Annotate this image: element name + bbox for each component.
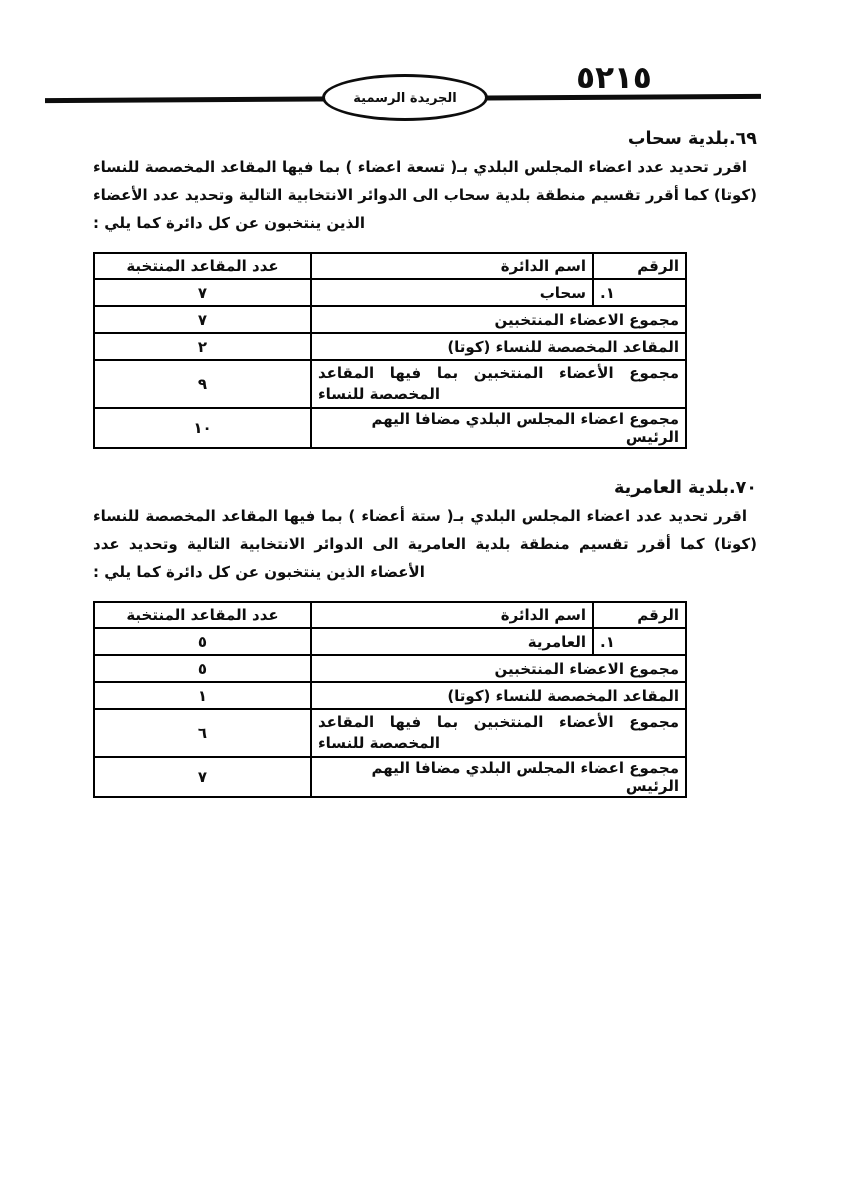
section-paragraph: اقرر تحديد عدد اعضاء المجلس البلدي بـ( ت… bbox=[93, 153, 757, 237]
gazette-banner-label: الجريدة الرسمية bbox=[353, 89, 457, 106]
table-row: مجموع الأعضاء المنتخبين بما فيها المقاعد… bbox=[94, 709, 686, 757]
summary-label-cell: مجموع الاعضاء المنتخبين bbox=[311, 655, 686, 682]
table-row: المقاعد المخصصة للنساء (كوتا) ٢ bbox=[94, 333, 686, 360]
summary-value-cell: ٩ bbox=[94, 360, 311, 408]
table-row: مجموع الاعضاء المنتخبين ٥ bbox=[94, 655, 686, 682]
summary-label-cell: مجموع اعضاء المجلس البلدي مضافا اليهم ال… bbox=[311, 757, 686, 797]
summary-label-cell: مجموع الأعضاء المنتخبين بما فيها المقاعد… bbox=[311, 709, 686, 757]
summary-label-cell: المقاعد المخصصة للنساء (كوتا) bbox=[311, 333, 686, 360]
page-number: ٥٢١٥ bbox=[558, 60, 670, 96]
district-number-cell: ١. bbox=[593, 628, 686, 655]
summary-value-cell: ٧ bbox=[94, 757, 311, 797]
summary-label-cell: مجموع الأعضاء المنتخبين بما فيها المقاعد… bbox=[311, 360, 686, 408]
table-row: المقاعد المخصصة للنساء (كوتا) ١ bbox=[94, 682, 686, 709]
summary-value-cell: ٢ bbox=[94, 333, 311, 360]
col-header-number: الرقم bbox=[593, 602, 686, 628]
summary-value-cell: ٧ bbox=[94, 306, 311, 333]
district-seats-cell: ٥ bbox=[94, 628, 311, 655]
district-name-cell: العامرية bbox=[311, 628, 593, 655]
table-row: مجموع الأعضاء المنتخبين بما فيها المقاعد… bbox=[94, 360, 686, 408]
col-header-district: اسم الدائرة bbox=[311, 253, 593, 279]
gazette-banner-ellipse: الجريدة الرسمية bbox=[322, 74, 488, 121]
section-heading: ٧٠.بلدية العامرية bbox=[93, 476, 757, 501]
district-number-cell: ١. bbox=[593, 279, 686, 306]
section-amriya: ٧٠.بلدية العامرية اقرر تحديد عدد اعضاء ا… bbox=[93, 476, 757, 798]
col-header-seats: عدد المقاعد المنتخبة bbox=[94, 602, 311, 628]
table-header-row: الرقم اسم الدائرة عدد المقاعد المنتخبة bbox=[94, 253, 686, 279]
section-heading: ٦٩.بلدية سحاب bbox=[93, 127, 757, 152]
col-header-district: اسم الدائرة bbox=[311, 602, 593, 628]
gazette-page: ٥٢١٥ الجريدة الرسمية ٦٩.بلدية سحاب اقرر … bbox=[0, 0, 850, 1193]
summary-label-cell: مجموع الاعضاء المنتخبين bbox=[311, 306, 686, 333]
col-header-number: الرقم bbox=[593, 253, 686, 279]
summary-label-cell: مجموع اعضاء المجلس البلدي مضافا اليهم ال… bbox=[311, 408, 686, 448]
summary-value-cell: ٥ bbox=[94, 655, 311, 682]
district-name-cell: سحاب bbox=[311, 279, 593, 306]
summary-value-cell: ١٠ bbox=[94, 408, 311, 448]
district-seats-cell: ٧ bbox=[94, 279, 311, 306]
table-row: مجموع الاعضاء المنتخبين ٧ bbox=[94, 306, 686, 333]
summary-label-cell: المقاعد المخصصة للنساء (كوتا) bbox=[311, 682, 686, 709]
col-header-seats: عدد المقاعد المنتخبة bbox=[94, 253, 311, 279]
table-row: مجموع اعضاء المجلس البلدي مضافا اليهم ال… bbox=[94, 408, 686, 448]
table-row: ١. العامرية ٥ bbox=[94, 628, 686, 655]
municipal-council-table: الرقم اسم الدائرة عدد المقاعد المنتخبة ١… bbox=[93, 601, 687, 798]
table-header-row: الرقم اسم الدائرة عدد المقاعد المنتخبة bbox=[94, 602, 686, 628]
table-row: ١. سحاب ٧ bbox=[94, 279, 686, 306]
table-row: مجموع اعضاء المجلس البلدي مضافا اليهم ال… bbox=[94, 757, 686, 797]
section-paragraph: اقرر تحديد عدد اعضاء المجلس البلدي بـ( س… bbox=[93, 502, 757, 586]
municipal-council-table: الرقم اسم الدائرة عدد المقاعد المنتخبة ١… bbox=[93, 252, 687, 449]
summary-value-cell: ٦ bbox=[94, 709, 311, 757]
summary-value-cell: ١ bbox=[94, 682, 311, 709]
section-sahab: ٦٩.بلدية سحاب اقرر تحديد عدد اعضاء المجل… bbox=[93, 127, 757, 449]
